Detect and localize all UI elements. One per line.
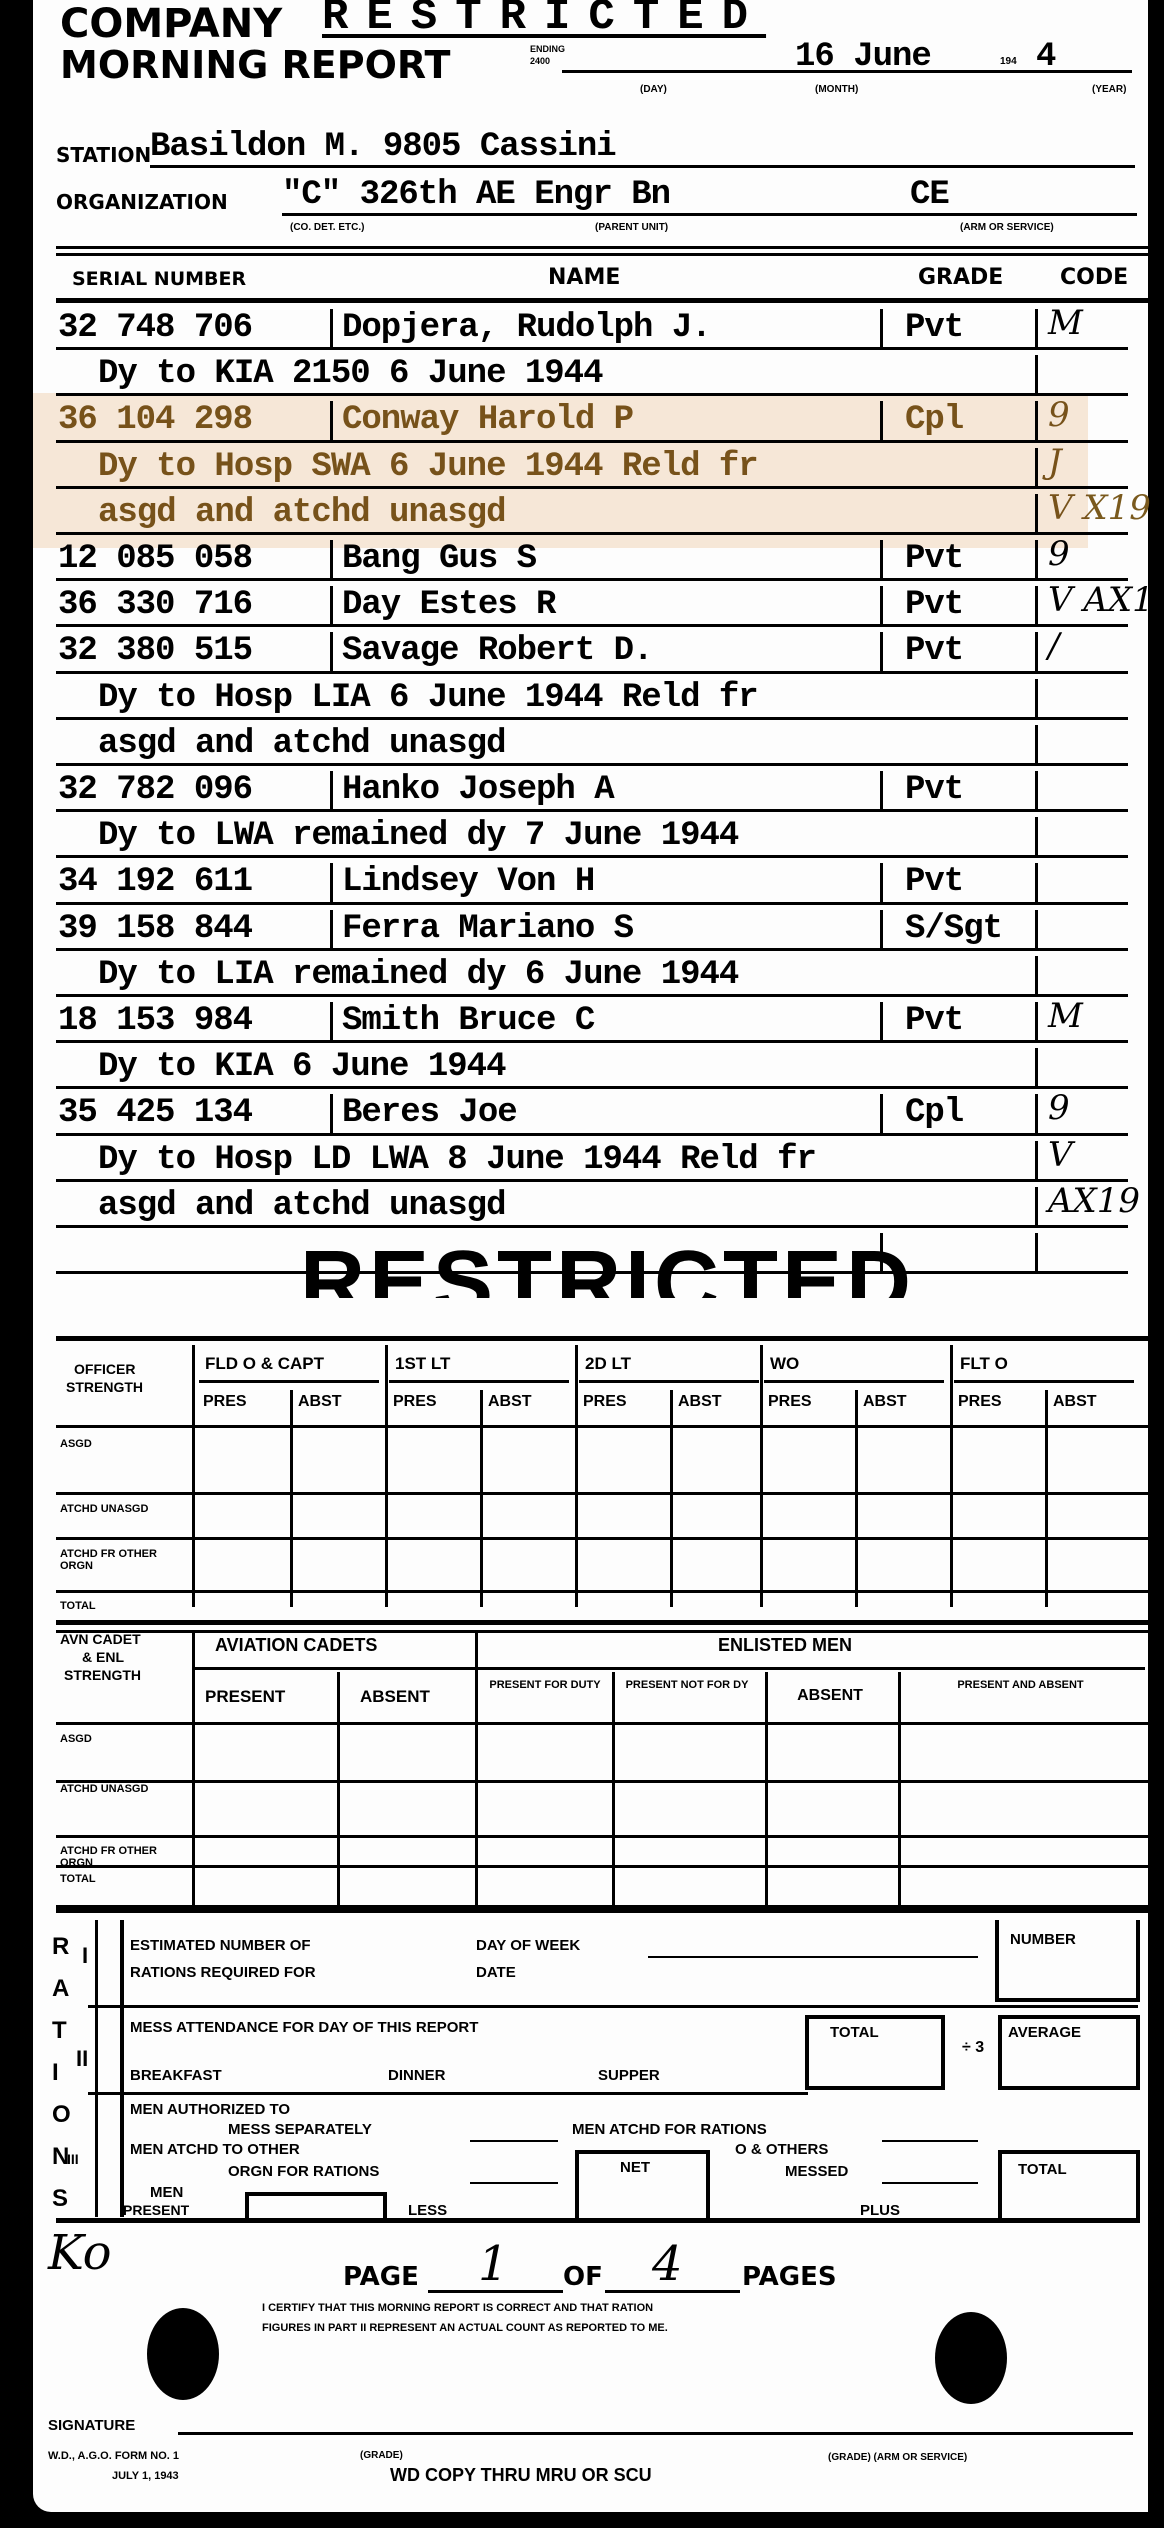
- men-present-label-2: PRESENT: [123, 2203, 189, 2217]
- row-rule: [56, 763, 1128, 766]
- less-label: LESS: [408, 2203, 447, 2218]
- rations-total-label: TOTAL: [1018, 2162, 1067, 2177]
- col-header-serial: SERIAL NUMBER: [72, 268, 246, 290]
- code-handwritten: 9: [1048, 1088, 1070, 1128]
- enlisted-col-divider: [612, 1672, 615, 1908]
- officer-sub-divider: [290, 1390, 293, 1607]
- roster-top-rule-1: [56, 246, 1148, 249]
- plus-label: PLUS: [860, 2203, 900, 2218]
- ending-label: ENDING: [530, 44, 565, 54]
- col-divider-name-grade: [880, 632, 883, 670]
- form-title-morning-report: MORNING REPORT: [60, 46, 450, 84]
- officer-sub-divider: [480, 1390, 483, 1607]
- col-divider-grade-code: [1035, 586, 1038, 624]
- soldier-name: Smith Bruce C: [342, 1002, 594, 1040]
- remark-text: Dy to Hosp LIA 6 June 1944 Reld fr: [98, 679, 758, 717]
- row-rule: [56, 671, 1128, 674]
- col-divider-grade-code: [1035, 632, 1038, 670]
- routing-instruction: WD COPY THRU MRU OR SCU: [390, 2466, 652, 2484]
- roster-top-rule-2: [56, 253, 1148, 256]
- grade-caption: (GRADE): [360, 2450, 403, 2461]
- enlisted-row-rule: [56, 1835, 1148, 1838]
- officer-group-divider: [760, 1345, 763, 1607]
- officer-subcol-pres: PRES: [203, 1394, 247, 1410]
- row-rule: [56, 347, 1128, 350]
- rations-side-letter: T: [52, 2019, 67, 2043]
- officer-row-rule: [56, 1590, 1148, 1593]
- enlisted-col-header: PRESENT FOR DUTY: [480, 1680, 610, 1692]
- remark-text: Dy to LIA remained dy 6 June 1944: [98, 956, 738, 994]
- officer-group-divider: [385, 1345, 388, 1607]
- punch-hole-left: [147, 2308, 219, 2400]
- remark-text: asgd and atchd unasgd: [98, 725, 505, 763]
- grade: Pvt: [905, 771, 963, 809]
- enlisted-men-header: ENLISTED MEN: [718, 1636, 852, 1654]
- rations-section-ii-roman: II: [76, 2048, 88, 2070]
- enlisted-row-rule: [56, 1865, 1148, 1868]
- soldier-name: Lindsey Von H: [342, 863, 594, 901]
- dinner-label: DINNER: [388, 2068, 446, 2083]
- col-divider-name-grade: [880, 1094, 883, 1132]
- aviation-cadets-header: AVIATION CADETS: [215, 1636, 377, 1654]
- grade: Pvt: [905, 309, 963, 347]
- officer-row-label: ASGD: [56, 1439, 192, 1451]
- officer-row-rule: [56, 1537, 1148, 1540]
- punch-hole-right: [935, 2312, 1007, 2404]
- station-underline: [150, 165, 1135, 168]
- soldier-name: Dopjera, Rudolph J.: [342, 309, 711, 347]
- page-label: PAGE: [343, 2262, 419, 2292]
- rations-bottom-rule: [56, 2218, 1140, 2223]
- row-rule: [56, 1179, 1128, 1182]
- officer-title-2: STRENGTH: [66, 1380, 143, 1394]
- col-divider-grade-code: [1035, 679, 1038, 717]
- soldier-name: Hanko Joseph A: [342, 771, 614, 809]
- rations-divider-1: [95, 1920, 98, 2217]
- officer-group-rule: [579, 1380, 759, 1383]
- officer-group-divider: [950, 1345, 953, 1607]
- officer-group-rule: [764, 1380, 944, 1383]
- report-year[interactable]: 4: [1036, 38, 1055, 76]
- code-handwritten: V AX19: [1048, 580, 1164, 620]
- cadet-col-absent: ABSENT: [360, 1688, 430, 1705]
- officer-subcol-pres: PRES: [393, 1394, 437, 1410]
- signature-label: SIGNATURE: [48, 2418, 135, 2433]
- col-divider-grade-code: [1035, 1002, 1038, 1040]
- col-divider-name-grade: [880, 309, 883, 347]
- form-number: W.D., A.G.O. FORM NO. 1: [48, 2450, 179, 2462]
- atchd-for-rations-field[interactable]: [882, 2140, 978, 2142]
- serial-number: 32 748 706: [58, 309, 252, 347]
- rations-side-letter: R: [52, 1935, 69, 1959]
- form-date: JULY 1, 1943: [112, 2470, 179, 2482]
- soldier-name: Day Estes R: [342, 586, 555, 624]
- remark-text: Dy to LWA remained dy 7 June 1944: [98, 817, 738, 855]
- officer-sub-divider: [1045, 1390, 1048, 1607]
- officer-group-0: FLD O & CAPT: [205, 1355, 324, 1372]
- row-rule: [56, 578, 1128, 581]
- report-date[interactable]: 16 June: [795, 38, 931, 76]
- col-divider-grade-code: [1035, 956, 1038, 994]
- remark-text: Dy to Hosp LD LWA 8 June 1944 Reld fr: [98, 1141, 816, 1179]
- officer-group-1: 1ST LT: [395, 1355, 450, 1372]
- col-divider-name-grade: [880, 863, 883, 901]
- col-divider-grade-code: [1035, 1187, 1038, 1225]
- officer-subcol-pres: PRES: [768, 1394, 812, 1410]
- code-handwritten: V: [1048, 1135, 1073, 1175]
- officer-subcol-pres: PRES: [958, 1394, 1002, 1410]
- pages-label: PAGES: [742, 2262, 837, 2292]
- section-i-rule: [88, 2005, 1138, 2008]
- enlisted-col-header: ABSENT: [765, 1688, 895, 1705]
- enlisted-col-divider: [898, 1672, 901, 1908]
- date-label: DATE: [476, 1965, 516, 1980]
- breakfast-label: BREAKFAST: [130, 2068, 222, 2083]
- officer-subcol-pres: PRES: [583, 1394, 627, 1410]
- caption-unit: (CO. DET. ETC.): [290, 222, 364, 233]
- col-divider-grade-code: [1035, 817, 1038, 855]
- serial-number: 34 192 611: [58, 863, 252, 901]
- station-value[interactable]: Basildon M. 9805 Cassini: [150, 128, 616, 166]
- col-divider-grade-code: [1035, 771, 1038, 809]
- col-divider-name-grade: [880, 586, 883, 624]
- enlisted-bottom-rule: [56, 1908, 1148, 1913]
- page-number[interactable]: 1: [478, 2236, 509, 2292]
- officer-group-4: FLT O: [960, 1355, 1008, 1372]
- caption-arm-of-service: (ARM OR SERVICE): [960, 222, 1054, 233]
- rations-side-letter: S: [52, 2187, 68, 2211]
- officer-sub-divider: [670, 1390, 673, 1607]
- row-rule: [56, 1040, 1128, 1043]
- officer-sub-divider: [855, 1390, 858, 1607]
- row-rule: [56, 948, 1128, 951]
- row-rule: [56, 1225, 1128, 1228]
- officer-group-rule: [954, 1380, 1134, 1383]
- col-divider-grade-code: [1035, 1141, 1038, 1179]
- enlisted-title-2: & ENL: [82, 1650, 124, 1664]
- code-handwritten: M: [1048, 303, 1083, 343]
- officer-group-rule: [199, 1380, 379, 1383]
- enlisted-row-label: TOTAL: [60, 1874, 192, 1886]
- col-divider-serial-name: [330, 910, 333, 948]
- row-rule: [56, 624, 1128, 627]
- grade-arm-caption: (GRADE) (ARM OR SERVICE): [828, 2452, 967, 2463]
- atchd-other-label-2: ORGN FOR RATIONS: [228, 2164, 379, 2179]
- form-title-company: COMPANY: [60, 4, 282, 44]
- row-rule: [56, 1133, 1128, 1136]
- grade: Pvt: [905, 1002, 963, 1040]
- atchd-for-rations-label: MEN ATCHD FOR RATIONS: [572, 2122, 767, 2137]
- rations-side-letter: I: [52, 2061, 59, 2085]
- mess-attendance-label: MESS ATTENDANCE FOR DAY OF THIS REPORT: [130, 2020, 478, 2035]
- col-divider-serial-name: [330, 1094, 333, 1132]
- restricted-stamp-bottom: RESTRICTED: [300, 1232, 915, 1298]
- arm-of-service-value[interactable]: CE: [910, 176, 949, 214]
- total-pages[interactable]: 4: [652, 2236, 683, 2292]
- officer-row-label: TOTAL: [56, 1601, 192, 1613]
- soldier-name: Beres Joe: [342, 1094, 517, 1132]
- remark-text: asgd and atchd unasgd: [98, 1187, 505, 1225]
- col-header-code: CODE: [1060, 265, 1128, 290]
- officer-row-rule: [56, 1630, 1148, 1633]
- rations-side-letter: A: [52, 1977, 69, 2001]
- average-label: AVERAGE: [1008, 2025, 1081, 2040]
- col-divider-grade-code: [1035, 309, 1038, 347]
- code-handwritten: M: [1048, 996, 1083, 1036]
- officer-title-1: OFFICER: [74, 1362, 135, 1376]
- col-header-name: NAME: [548, 265, 620, 290]
- row-rule: [56, 902, 1128, 905]
- signature-field[interactable]: [178, 2432, 1133, 2435]
- officer-subcol-abst: ABST: [1053, 1394, 1097, 1410]
- organization-label: ORGANIZATION: [56, 190, 228, 214]
- cadet-col-present: PRESENT: [205, 1688, 285, 1705]
- caption-day: (DAY): [640, 84, 667, 95]
- serial-number: 36 330 716: [58, 586, 252, 624]
- certify-line-2: FIGURES IN PART II REPRESENT AN ACTUAL C…: [262, 2322, 668, 2334]
- officer-row-label: ATCHD FR OTHER ORGN: [56, 1549, 192, 1572]
- caption-year: (YEAR): [1092, 84, 1126, 95]
- col-divider-grade-code: [1035, 1048, 1038, 1086]
- enlisted-row-rule: [56, 1780, 1148, 1783]
- atchd-other-label-1: MEN ATCHD TO OTHER: [130, 2142, 300, 2157]
- serial-number: 32 782 096: [58, 771, 252, 809]
- grade: Pvt: [905, 632, 963, 670]
- officer-row-label: ATCHD UNASGD: [56, 1504, 192, 1516]
- supper-label: SUPPER: [598, 2068, 660, 2083]
- officer-subcol-abst: ABST: [488, 1394, 532, 1410]
- col-divider-grade-code: [1035, 725, 1038, 763]
- col-header-grade: GRADE: [918, 265, 1003, 290]
- enlisted-row-label: ATCHD UNASGD: [60, 1784, 192, 1796]
- row-rule: [56, 855, 1128, 858]
- row-rule: [56, 809, 1128, 812]
- officer-header-rule: [56, 1425, 1148, 1428]
- serial-number: 18 153 984: [58, 1002, 252, 1040]
- authorized-label-2: MESS SEPARATELY: [228, 2122, 372, 2137]
- caption-month: (MONTH): [815, 84, 858, 95]
- soldier-name: Savage Robert D.: [342, 632, 652, 670]
- serial-number: 39 158 844: [58, 910, 252, 948]
- serial-number: 32 380 515: [58, 632, 252, 670]
- section-i-label-2: RATIONS REQUIRED FOR: [130, 1965, 316, 1980]
- col-divider-serial-name: [330, 863, 333, 901]
- col-divider-serial-name: [330, 632, 333, 670]
- section-i-label-1: ESTIMATED NUMBER OF: [130, 1938, 311, 1953]
- others-messed-field[interactable]: [882, 2182, 978, 2184]
- enlisted-col-header: PRESENT NOT FOR DY: [612, 1680, 762, 1692]
- roster-header-rule: [56, 298, 1148, 303]
- day-of-week-label: DAY OF WEEK: [476, 1938, 580, 1953]
- enlisted-header-rule: [56, 1722, 1148, 1725]
- section-ii-rule: [88, 2092, 808, 2095]
- station-label: STATION: [56, 143, 151, 167]
- certify-line-1: I CERTIFY THAT THIS MORNING REPORT IS CO…: [262, 2302, 653, 2314]
- enlisted-col-header: PRESENT AND ABSENT: [898, 1680, 1143, 1692]
- organization-underline: [282, 213, 1137, 216]
- divide-by-three: ÷ 3: [962, 2040, 984, 2056]
- code-handwritten: /: [1048, 626, 1059, 666]
- caption-parent-unit: (PARENT UNIT): [595, 222, 668, 233]
- officer-group-3: WO: [770, 1355, 799, 1372]
- col-divider-grade-code: [1035, 1233, 1038, 1271]
- mess-total-label: TOTAL: [830, 2025, 879, 2040]
- col-divider-name-grade: [880, 1002, 883, 1040]
- soldier-name: Ferra Mariano S: [342, 910, 633, 948]
- officer-subcol-abst: ABST: [298, 1394, 342, 1410]
- others-label-2: MESSED: [785, 2164, 848, 2179]
- col-divider-grade-code: [1035, 863, 1038, 901]
- officer-subcol-abst: ABST: [678, 1394, 722, 1410]
- men-present-label-1: MEN: [150, 2185, 183, 2200]
- officer-group-divider: [575, 1345, 578, 1607]
- initials-handwritten: Ko: [48, 2225, 111, 2281]
- grade: Pvt: [905, 863, 963, 901]
- grade: S/Sgt: [905, 910, 1002, 948]
- of-label: OF: [563, 2262, 603, 2292]
- others-label-1: O & OTHERS: [735, 2142, 828, 2157]
- enlisted-title-1: AVN CADET: [60, 1632, 141, 1646]
- officer-top-rule: [56, 1336, 1148, 1341]
- code-handwritten: AX19: [1048, 1181, 1140, 1221]
- year-prefix: 194: [1000, 56, 1017, 67]
- remark-text: Dy to KIA 2150 6 June 1944: [98, 355, 603, 393]
- restricted-stamp-top: RESTRICTED: [322, 0, 766, 42]
- col-divider-name-grade: [880, 910, 883, 948]
- enlisted-row-label: ASGD: [60, 1734, 192, 1746]
- ending-time: 2400: [530, 56, 550, 66]
- col-divider-serial-name: [330, 586, 333, 624]
- remark-text: Dy to KIA 6 June 1944: [98, 1048, 505, 1086]
- officer-row-rule: [56, 1492, 1148, 1495]
- col-divider-serial-name: [330, 1002, 333, 1040]
- rations-side-letter: O: [52, 2103, 71, 2127]
- col-divider-serial-name: [330, 309, 333, 347]
- serial-number: 35 425 134: [58, 1094, 252, 1132]
- net-label: NET: [620, 2160, 650, 2175]
- rations-section-iii-roman: III: [67, 2152, 79, 2166]
- rations-section-i-roman: I: [82, 1945, 88, 1967]
- rations-divider-2: [120, 1920, 124, 2217]
- col-divider-grade-code: [1035, 355, 1038, 393]
- mess-separately-field[interactable]: [470, 2140, 558, 2142]
- officer-group-2: 2D LT: [585, 1355, 631, 1372]
- row-rule: [56, 994, 1128, 997]
- col-divider-name-grade: [880, 771, 883, 809]
- officer-subcol-abst: ABST: [863, 1394, 907, 1410]
- grade: Pvt: [905, 586, 963, 624]
- enlisted-group-rule: [195, 1667, 1145, 1670]
- row-rule: [56, 717, 1128, 720]
- enlisted-title-3: STRENGTH: [64, 1668, 141, 1682]
- number-label: NUMBER: [1010, 1932, 1076, 1947]
- enlisted-col-divider: [765, 1672, 768, 1908]
- day-of-week-field[interactable]: [648, 1956, 978, 1958]
- authorized-label-1: MEN AUTHORIZED TO: [130, 2102, 290, 2117]
- highlighted-entry-conway[interactable]: [28, 393, 1088, 548]
- officer-group-rule: [389, 1380, 569, 1383]
- officer-label-divider: [192, 1345, 195, 1607]
- row-rule: [56, 1086, 1128, 1089]
- organization-value[interactable]: "C" 326th AE Engr Bn: [282, 176, 670, 214]
- cadet-sub-divider: [337, 1672, 340, 1908]
- grade: Cpl: [905, 1094, 963, 1132]
- col-divider-grade-code: [1035, 1094, 1038, 1132]
- enlisted-top-rule: [56, 1620, 1148, 1625]
- col-divider-grade-code: [1035, 910, 1038, 948]
- col-divider-serial-name: [330, 771, 333, 809]
- atchd-other-field[interactable]: [470, 2182, 558, 2184]
